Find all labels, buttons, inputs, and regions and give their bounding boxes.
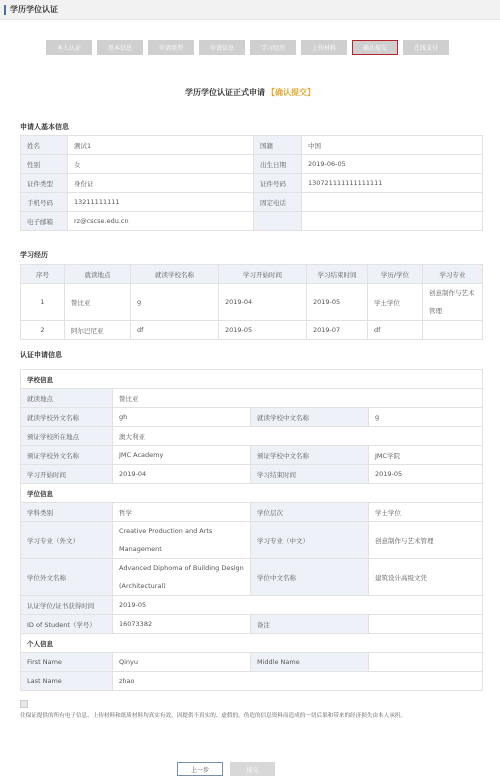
step-nav: 本人认证 基本信息 申请类型 申请信息 学习经历 上传材料 确认提交 在线支付 [46, 40, 449, 55]
field-value: 中国 [302, 136, 483, 155]
cell: 2 [21, 321, 65, 340]
field-value: 16073382 [113, 615, 251, 634]
group-row: 学位信息 [21, 484, 483, 503]
field-value: g [369, 408, 483, 427]
field-label: 颁证学校外文名称 [21, 446, 113, 465]
cell: 2019-05 [219, 321, 307, 340]
group-title-personal: 个人信息 [21, 634, 483, 653]
field-value: Qinyu [113, 653, 251, 672]
step-confirm-submit[interactable]: 确认提交 [352, 40, 398, 55]
study-history-table: 序号 就读地点 就读学校名称 学习开始时间 学习结束时间 学历/学位 学习专业 … [20, 264, 483, 340]
field-value: 测试1 [68, 136, 254, 155]
field-value: 女 [68, 155, 254, 174]
cell: 2019-05 [307, 284, 368, 321]
field-label: 姓名 [21, 136, 68, 155]
study-history-heading: 学习经历 [20, 250, 48, 260]
table-row: 学科类别 哲学 学位层次 学士学位 [21, 503, 483, 522]
page-title: 学历学位认证正式申请【确认提交】 [0, 87, 500, 98]
step-basic-info[interactable]: 基本信息 [97, 40, 143, 55]
table-row: 就读地点 赞比亚 [21, 389, 483, 408]
field-label: Last Name [21, 672, 113, 691]
submit-button[interactable]: 提交 [230, 762, 275, 776]
agreement: 住保证提供的所有电子信息、上传材料和纸质材料均真实有效。因提供不真实的、虚假的、… [20, 700, 406, 719]
field-label: 就读学校外文名称 [21, 408, 113, 427]
field-label: 出生日期 [254, 155, 302, 174]
field-label: 就读地点 [21, 389, 113, 408]
field-label: First Name [21, 653, 113, 672]
column-header: 就读地点 [65, 265, 131, 284]
table-row: 性别 女 出生日期 2019-06-05 [21, 155, 483, 174]
field-value [302, 193, 483, 212]
column-header: 学习结束时间 [307, 265, 368, 284]
header-accent-bar [4, 5, 6, 15]
field-label: 学习结束时间 [251, 465, 369, 484]
field-label: 颁证学校中文名称 [251, 446, 369, 465]
field-value: Creative Production and Arts Management [113, 522, 251, 559]
page-title-text: 学历学位认证正式申请 [185, 88, 265, 97]
field-label: 学习开始时间 [21, 465, 113, 484]
table-row: 认证学位/证书获得时间 2019-05 [21, 596, 483, 615]
field-value: 建筑设计高级文凭 [369, 559, 483, 596]
field-label: 认证学位/证书获得时间 [21, 596, 113, 615]
field-label: 证件类型 [21, 174, 68, 193]
field-value: 130721111111111111 [302, 174, 483, 193]
basic-info-table: 姓名 测试1 国籍 中国 性别 女 出生日期 2019-06-05 证件类型 身… [20, 135, 483, 231]
table-row: 学位外文名称 Advanced Diphoma of Building Desi… [21, 559, 483, 596]
table-row: 2 阿尔巴尼亚 df 2019-05 2019-07 df [21, 321, 483, 340]
page-title-tag: 【确认提交】 [267, 88, 315, 97]
cell: 2019-07 [307, 321, 368, 340]
table-row: 证件类型 身份证 证件号码 130721111111111111 [21, 174, 483, 193]
field-label [254, 212, 302, 231]
table-row: ID of Student（学号） 16073382 备注 [21, 615, 483, 634]
cell [423, 321, 483, 340]
field-value: 2019-04 [113, 465, 251, 484]
field-value: rz@cscse.edu.cn [68, 212, 254, 231]
field-label: 学位层次 [251, 503, 369, 522]
step-online-payment[interactable]: 在线支付 [403, 40, 449, 55]
cell: 2019-04 [219, 284, 307, 321]
field-label: 备注 [251, 615, 369, 634]
field-value: 学士学位 [369, 503, 483, 522]
field-value: zhao [113, 672, 483, 691]
field-label: 颁证学校所在地点 [21, 427, 113, 446]
cell: g [131, 284, 219, 321]
field-value: 2019-05 [369, 465, 483, 484]
field-label: 性别 [21, 155, 68, 174]
group-title-degree: 学位信息 [21, 484, 483, 503]
field-value [302, 212, 483, 231]
field-label: 固定电话 [254, 193, 302, 212]
field-value: 赞比亚 [113, 389, 483, 408]
step-upload[interactable]: 上传材料 [301, 40, 347, 55]
step-application-info[interactable]: 申请信息 [199, 40, 245, 55]
field-label: 学习专业（中文） [251, 522, 369, 559]
field-value: 13211111111 [68, 193, 254, 212]
basic-info-heading: 申请人基本信息 [20, 122, 69, 132]
table-row: 颁证学校外文名称 JMC Academy 颁证学校中文名称 JMC学院 [21, 446, 483, 465]
table-row: First Name Qinyu Middle Name [21, 653, 483, 672]
cell: 创意制作与艺术管理 [423, 284, 483, 321]
field-label: 电子邮箱 [21, 212, 68, 231]
table-row: 学习专业（外文） Creative Production and Arts Ma… [21, 522, 483, 559]
field-label: ID of Student（学号） [21, 615, 113, 634]
field-label: 就读学校中文名称 [251, 408, 369, 427]
step-application-type[interactable]: 申请类型 [148, 40, 194, 55]
table-row: 颁证学校所在地点 澳大利亚 [21, 427, 483, 446]
cell: 阿尔巴尼亚 [65, 321, 131, 340]
field-value [369, 653, 483, 672]
table-row: 姓名 测试1 国籍 中国 [21, 136, 483, 155]
column-header: 就读学校名称 [131, 265, 219, 284]
table-row: 学习开始时间 2019-04 学习结束时间 2019-05 [21, 465, 483, 484]
cell: 1 [21, 284, 65, 321]
cert-info-heading: 认证申请信息 [20, 350, 62, 360]
column-header: 学习专业 [423, 265, 483, 284]
group-row: 学校信息 [21, 370, 483, 389]
field-label: 证件号码 [254, 174, 302, 193]
field-label: Middle Name [251, 653, 369, 672]
agreement-text: 住保证提供的所有电子信息、上传材料和纸质材料均真实有效。因提供不真实的、虚假的、… [20, 711, 406, 719]
field-value: 身份证 [68, 174, 254, 193]
group-title-school: 学校信息 [21, 370, 483, 389]
field-value: 哲学 [113, 503, 251, 522]
field-value: 2019-05 [113, 596, 483, 615]
table-row: 就读学校外文名称 gh 就读学校中文名称 g [21, 408, 483, 427]
cell: 学士学位 [368, 284, 423, 321]
field-value: 2019-06-05 [302, 155, 483, 174]
field-value: Advanced Diphoma of Building Design (Arc… [113, 559, 251, 596]
field-label: 学位中文名称 [251, 559, 369, 596]
column-header: 学历/学位 [368, 265, 423, 284]
field-label: 学科类别 [21, 503, 113, 522]
field-value [369, 615, 483, 634]
step-study-history[interactable]: 学习经历 [250, 40, 296, 55]
field-value: JMC学院 [369, 446, 483, 465]
page-header: 学历学位认证 [0, 0, 500, 20]
field-label: 国籍 [254, 136, 302, 155]
field-label: 学习专业（外文） [21, 522, 113, 559]
step-identity[interactable]: 本人认证 [46, 40, 92, 55]
field-label: 手机号码 [21, 193, 68, 212]
cell: df [131, 321, 219, 340]
table-header-row: 序号 就读地点 就读学校名称 学习开始时间 学习结束时间 学历/学位 学习专业 [21, 265, 483, 284]
agreement-checkbox[interactable] [20, 700, 28, 708]
table-row: 电子邮箱 rz@cscse.edu.cn [21, 212, 483, 231]
field-label: 学位外文名称 [21, 559, 113, 596]
group-row: 个人信息 [21, 634, 483, 653]
cell: df [368, 321, 423, 340]
header-title: 学历学位认证 [10, 4, 58, 15]
table-row: 1 赞比亚 g 2019-04 2019-05 学士学位 创意制作与艺术管理 [21, 284, 483, 321]
field-value: JMC Academy [113, 446, 251, 465]
column-header: 序号 [21, 265, 65, 284]
column-header: 学习开始时间 [219, 265, 307, 284]
table-row: Last Name zhao [21, 672, 483, 691]
table-row: 手机号码 13211111111 固定电话 [21, 193, 483, 212]
cert-info-table: 学校信息 就读地点 赞比亚 就读学校外文名称 gh 就读学校中文名称 g 颁证学… [20, 369, 483, 691]
field-value: 澳大利亚 [113, 427, 483, 446]
prev-step-button[interactable]: 上一步 [177, 762, 223, 776]
field-value: 创意制作与艺术管理 [369, 522, 483, 559]
cell: 赞比亚 [65, 284, 131, 321]
field-value: gh [113, 408, 251, 427]
